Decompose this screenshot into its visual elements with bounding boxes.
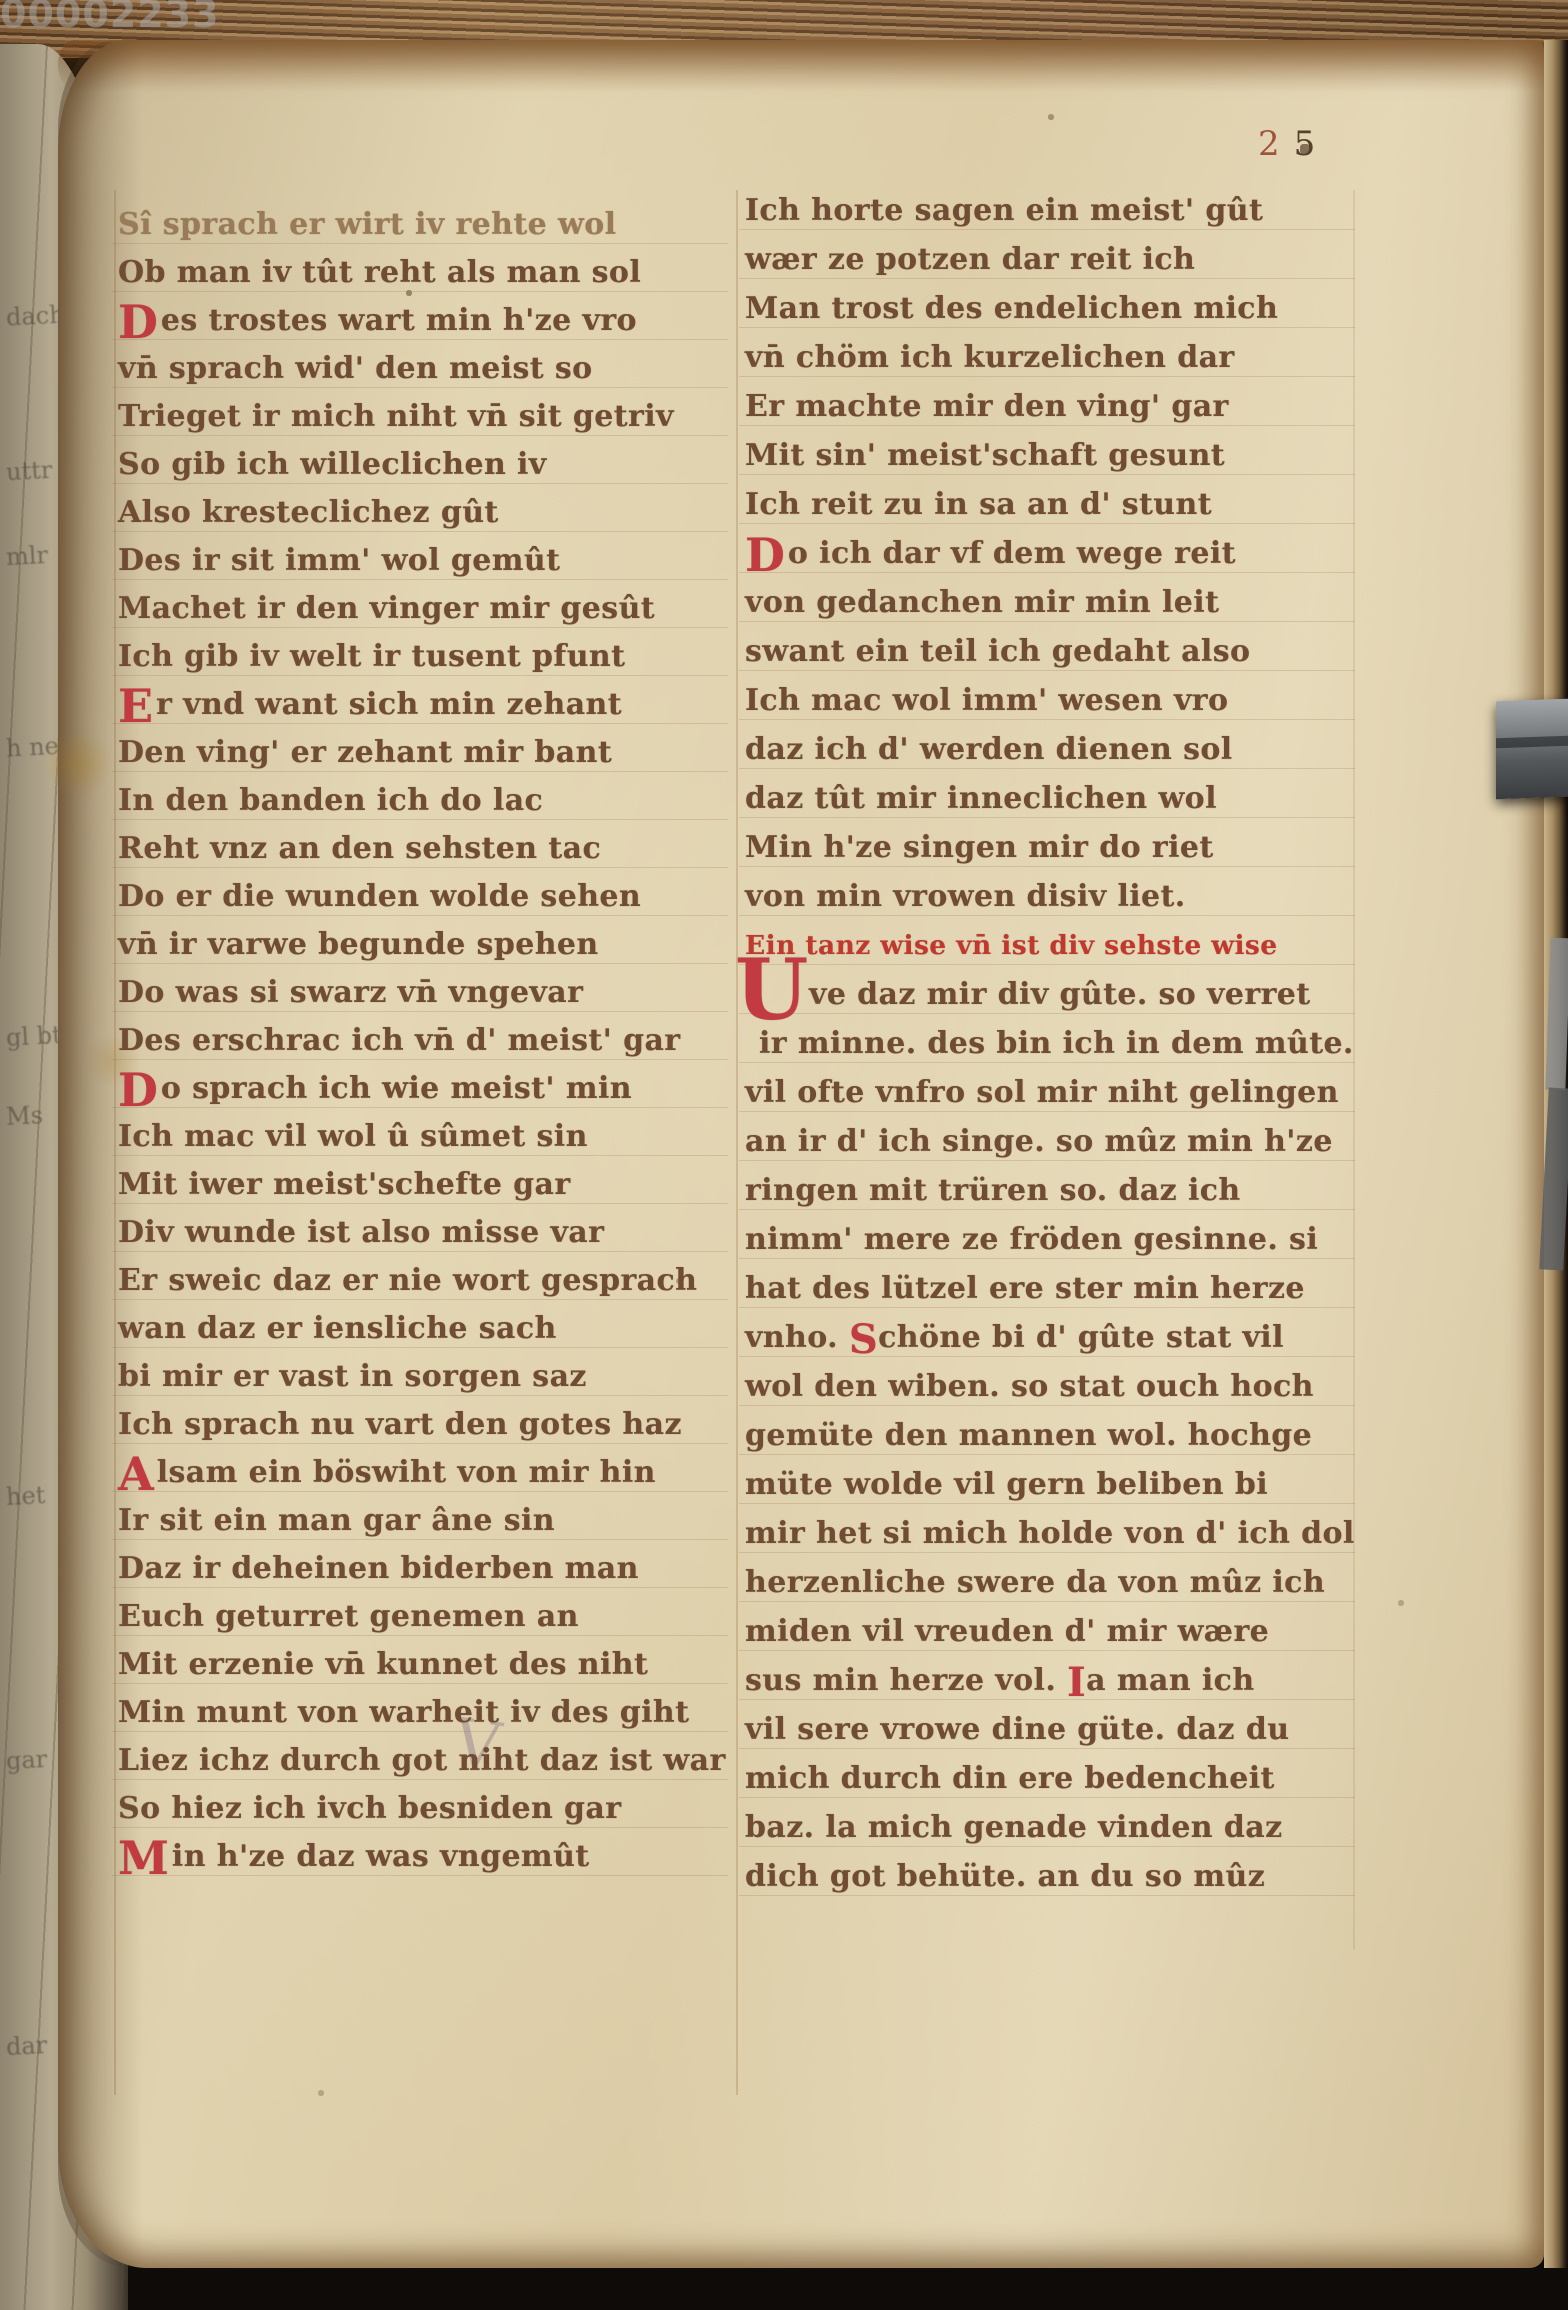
verse-text: Ich reit zu in sa an d' stunt: [745, 487, 1212, 522]
verse-line: daz tût mir inneclichen wol: [745, 774, 1355, 823]
verse-text: wan daz er iensliche sach: [118, 1311, 557, 1346]
verse-line: Ich mac wol imm' wesen vro: [745, 676, 1355, 725]
verse-text: vil ofte vnfro sol mir niht gelingen: [745, 1075, 1339, 1110]
verse-text: a man ich: [1086, 1663, 1254, 1698]
verse-text: o ich dar vf dem wege reit: [788, 536, 1236, 571]
verse-line: von min vrowen disiv liet.: [745, 872, 1355, 921]
verse-text: chöne bi d' gûte stat vil: [878, 1320, 1284, 1355]
manuscript-page: 25 Sî sprach er wirt iv rehte wolOb man …: [58, 40, 1544, 2268]
gutter-text-fragment: dar: [5, 2031, 48, 2061]
verse-text: Daz ir deheinen biderben man: [118, 1551, 639, 1586]
verse-text: Des erschrac ich vn̄ d' meist' gar: [118, 1023, 681, 1058]
verse-line: Liez ichz durch got niht daz ist war: [118, 1737, 726, 1785]
verse-line: Also kresteclichez gût: [118, 489, 726, 537]
verse-text: lsam ein böswiht von mir hin: [157, 1455, 656, 1490]
book-clasp: [1496, 699, 1568, 800]
verse-line: gemüte den mannen wol. hochge: [745, 1411, 1355, 1460]
verse-line: Ich sprach nu vart den gotes haz: [118, 1401, 726, 1449]
verse-line: wan daz er iensliche sach: [118, 1305, 726, 1353]
verse-text: vn̄ sprach wid' den meist so: [118, 351, 593, 386]
verse-text: ir minne. des bin ich in dem mûte.: [759, 1026, 1354, 1061]
verse-line: vil ofte vnfro sol mir niht gelingen: [745, 1068, 1355, 1117]
verse-text: Mit erzenie vn̄ kunnet des niht: [118, 1647, 648, 1682]
verse-text: swant ein teil ich gedaht also: [745, 634, 1250, 669]
verse-text: Ich mac vil wol û sûmet sin: [118, 1119, 588, 1154]
verse-text: mich durch din ere bedencheit: [745, 1761, 1275, 1796]
verse-line: Euch geturret genemen an: [118, 1593, 726, 1641]
manuscript-photo: dachuttr ghmlrh nestrrgl btrMshetgardar …: [0, 0, 1568, 2310]
verse-text: sus min herze vol.: [745, 1663, 1067, 1698]
verse-text: Do was si swarz vn̄ vngevar: [118, 975, 583, 1010]
page-number-digit: 2: [1258, 124, 1280, 164]
verse-line: bi mir er vast in sorgen saz: [118, 1353, 726, 1401]
verse-line: herzenliche swere da von mûz ich: [745, 1558, 1355, 1607]
page-number-digit: 5: [1294, 124, 1316, 164]
verse-line: Ob man iv tût reht als man sol: [118, 249, 726, 297]
verse-text: vn̄ ir varwe begunde spehen: [118, 927, 599, 962]
verse-line: nimm' mere ze fröden gesinne. si: [745, 1215, 1355, 1264]
text-column-right: Ich horte sagen ein meist' gûtwær ze pot…: [745, 186, 1355, 1901]
verse-text: ringen mit trüren so. daz ich: [745, 1173, 1241, 1208]
verse-line: wær ze potzen dar reit ich: [745, 235, 1355, 284]
verse-text: Trieget ir mich niht vn̄ sit getriv: [118, 399, 674, 434]
verse-line: Mit erzenie vn̄ kunnet des niht: [118, 1641, 726, 1689]
verse-text: von min vrowen disiv liet.: [745, 879, 1186, 914]
verse-text: Des ir sit imm' wol gemût: [118, 543, 560, 578]
verse-line: Alsam ein böswiht von mir hin: [118, 1449, 726, 1497]
verse-line: vn̄ chöm ich kurzelichen dar: [745, 333, 1355, 382]
illuminated-initial: U: [735, 968, 803, 1012]
verse-line: Reht vnz an den sehsten tac: [118, 825, 726, 873]
verse-text: Div wunde ist also misse var: [118, 1215, 604, 1250]
verse-line: Do er die wunden wolde sehen: [118, 873, 726, 921]
verse-line: So hiez ich ivch besniden gar: [118, 1785, 726, 1833]
verse-text: Euch geturret genemen an: [118, 1599, 579, 1634]
verse-line: Ir sit ein man gar âne sin: [118, 1497, 726, 1545]
verse-line: Ich mac vil wol û sûmet sin: [118, 1113, 726, 1161]
verse-text: Ich sprach nu vart den gotes haz: [118, 1407, 682, 1442]
verse-text: Ich mac wol imm' wesen vro: [745, 683, 1228, 718]
verse-text: Liez ichz durch got niht daz ist war: [118, 1743, 726, 1778]
verse-text: Ich horte sagen ein meist' gût: [745, 193, 1263, 228]
verse-line: Machet ir den vinger mir gesût: [118, 585, 726, 633]
verse-text: bi mir er vast in sorgen saz: [118, 1359, 587, 1394]
verse-text: Also kresteclichez gût: [118, 495, 499, 530]
verse-line: baz. la mich genade vinden daz: [745, 1803, 1355, 1852]
verse-line: Daz ir deheinen biderben man: [118, 1545, 726, 1593]
verse-text: Ob man iv tût reht als man sol: [118, 255, 641, 290]
verse-text: daz tût mir inneclichen wol: [745, 781, 1217, 816]
verse-text: wær ze potzen dar reit ich: [745, 242, 1195, 277]
illuminated-initial: E: [118, 679, 153, 733]
verse-line: Er sweic daz er nie wort gesprach: [118, 1257, 726, 1305]
verse-line: swant ein teil ich gedaht also: [745, 627, 1355, 676]
verse-text: vn̄ chöm ich kurzelichen dar: [745, 340, 1235, 375]
verse-text: hat des lützel ere ster min herze: [745, 1271, 1305, 1306]
verse-text: Er machte mir den ving' gar: [745, 389, 1229, 424]
verse-text: herzenliche swere da von mûz ich: [745, 1565, 1325, 1600]
verse-line: wol den wiben. so stat ouch hoch: [745, 1362, 1355, 1411]
parchment-stain: [40, 732, 116, 796]
verse-text: o sprach ich wie meist' min: [161, 1071, 632, 1106]
verse-line: von gedanchen mir min leit: [745, 578, 1355, 627]
ruling-line-vertical: [736, 190, 738, 2095]
verse-line: müte wolde vil gern beliben bi: [745, 1460, 1355, 1509]
verse-line: So gib ich willeclichen iv: [118, 441, 726, 489]
verse-text: r vnd want sich min zehant: [156, 687, 622, 722]
verse-text: ve daz mir div gûte. so verret: [809, 977, 1311, 1012]
verse-line: Min munt von warheit iv des giht: [118, 1689, 726, 1737]
verse-line: Den ving' er zehant mir bant: [118, 729, 726, 777]
rubric-line: Ein tanz wise vn̄ ist div sehste wise: [745, 921, 1355, 970]
verse-line: mir het si mich holde von d' ich dol: [745, 1509, 1355, 1558]
verse-line: ringen mit trüren so. daz ich: [745, 1166, 1355, 1215]
verse-line: Mit iwer meist'schefte gar: [118, 1161, 726, 1209]
verse-line: In den banden ich do lac: [118, 777, 726, 825]
verse-line: Ich gib iv welt ir tusent pfunt: [118, 633, 726, 681]
verse-text: Min h'ze singen mir do riet: [745, 830, 1214, 865]
verse-text: Ich gib iv welt ir tusent pfunt: [118, 639, 625, 674]
verse-line: daz ich d' werden dienen sol: [745, 725, 1355, 774]
verse-line: Des ir sit imm' wol gemût: [118, 537, 726, 585]
gutter-text-fragment: gar: [5, 1745, 48, 1775]
verse-text: Man trost des endelichen mich: [745, 291, 1278, 326]
illuminated-initial: M: [118, 1831, 169, 1885]
verse-text: Ir sit ein man gar âne sin: [118, 1503, 555, 1538]
verse-line: dich got behüte. an du so mûz: [745, 1852, 1355, 1901]
verse-text: gemüte den mannen wol. hochge: [745, 1418, 1312, 1453]
verse-line: Er vnd want sich min zehant: [118, 681, 726, 729]
gutter-text-fragment: mlr: [5, 541, 48, 571]
verse-text: S: [849, 1316, 878, 1363]
verse-text: baz. la mich genade vinden daz: [745, 1810, 1283, 1845]
verse-line: vn̄ ir varwe begunde spehen: [118, 921, 726, 969]
verse-text: Mit iwer meist'schefte gar: [118, 1167, 571, 1202]
verse-text: Machet ir den vinger mir gesût: [118, 591, 655, 626]
verse-text: mir het si mich holde von d' ich dol: [745, 1516, 1355, 1551]
verse-line: Er machte mir den ving' gar: [745, 382, 1355, 431]
ruling-line-vertical: [114, 190, 116, 2095]
text-column-left: Sî sprach er wirt iv rehte wolOb man iv …: [118, 201, 726, 1881]
verse-line: vil sere vrowe dine güte. daz du: [745, 1705, 1355, 1754]
verse-line: Sî sprach er wirt iv rehte wol: [118, 201, 726, 249]
verse-text: Den ving' er zehant mir bant: [118, 735, 612, 770]
verse-text: Er sweic daz er nie wort gesprach: [118, 1263, 697, 1298]
illuminated-initial: D: [118, 1063, 158, 1117]
verse-line: Do was si swarz vn̄ vngevar: [118, 969, 726, 1017]
verse-text: von gedanchen mir min leit: [745, 585, 1219, 620]
verse-text: Mit sin' meist'schaft gesunt: [745, 438, 1225, 473]
illuminated-initial: D: [118, 295, 158, 349]
verse-line: vnho. Schöne bi d' gûte stat vil: [745, 1313, 1355, 1362]
parchment-speckles: [58, 40, 60, 42]
verse-text: In den banden ich do lac: [118, 783, 543, 818]
verse-text: vnho.: [745, 1320, 849, 1355]
verse-text: wol den wiben. so stat ouch hoch: [745, 1369, 1314, 1404]
verse-text: nimm' mere ze fröden gesinne. si: [745, 1222, 1318, 1257]
verse-line: Ich horte sagen ein meist' gût: [745, 186, 1355, 235]
verse-line: an ir d' ich singe. so mûz min h'ze: [745, 1117, 1355, 1166]
verse-text: Ein tanz wise vn̄ ist div sehste wise: [745, 930, 1278, 961]
verse-line: mich durch din ere bedencheit: [745, 1754, 1355, 1803]
page-number: 25: [1258, 124, 1315, 164]
gutter-text-fragment: Ms: [5, 1101, 43, 1131]
verse-line: ir minne. des bin ich in dem mûte.: [745, 1019, 1355, 1068]
verse-text: I: [1067, 1659, 1086, 1706]
gutter-text-fragment: het: [5, 1481, 46, 1511]
verse-line: Ich reit zu in sa an d' stunt: [745, 480, 1355, 529]
verse-line: Min h'ze singen mir do riet: [745, 823, 1355, 872]
verse-line: Do ich dar vf dem wege reit: [745, 529, 1355, 578]
verse-line: Des erschrac ich vn̄ d' meist' gar: [118, 1017, 726, 1065]
verse-line: hat des lützel ere ster min herze: [745, 1264, 1355, 1313]
verse-text: daz ich d' werden dienen sol: [745, 732, 1233, 767]
verse-line: Des trostes wart min h'ze vro: [118, 297, 726, 345]
verse-line: sus min herze vol. Ia man ich: [745, 1656, 1355, 1705]
verse-text: es trostes wart min h'ze vro: [161, 303, 637, 338]
verse-text: an ir d' ich singe. so mûz min h'ze: [745, 1124, 1333, 1159]
verse-line: miden vil vreuden d' mir wære: [745, 1607, 1355, 1656]
verse-line: vn̄ sprach wid' den meist so: [118, 345, 726, 393]
verse-text: müte wolde vil gern beliben bi: [745, 1467, 1268, 1502]
archive-watermark: 00002233: [0, 0, 220, 36]
verse-line: Mit sin' meist'schaft gesunt: [745, 431, 1355, 480]
verse-text: Min munt von warheit iv des giht: [118, 1695, 689, 1730]
verse-text: Do er die wunden wolde sehen: [118, 879, 641, 914]
verse-line: Div wunde ist also misse var: [118, 1209, 726, 1257]
verse-text: in h'ze daz was vngemût: [172, 1839, 590, 1874]
verse-text: dich got behüte. an du so mûz: [745, 1859, 1265, 1894]
verse-text: So gib ich willeclichen iv: [118, 447, 547, 482]
gutter-text-fragment: dach: [5, 300, 65, 331]
verse-line: Uve daz mir div gûte. so verret: [745, 970, 1355, 1019]
verse-text: vil sere vrowe dine güte. daz du: [745, 1712, 1289, 1747]
verse-text: Reht vnz an den sehsten tac: [118, 831, 601, 866]
verse-text: So hiez ich ivch besniden gar: [118, 1791, 621, 1826]
illuminated-initial: A: [118, 1447, 154, 1501]
verse-line: Min h'ze daz was vngemût: [118, 1833, 726, 1881]
verse-line: Trieget ir mich niht vn̄ sit getriv: [118, 393, 726, 441]
verse-line: Man trost des endelichen mich: [745, 284, 1355, 333]
illuminated-initial: D: [745, 528, 785, 582]
verse-text: Sî sprach er wirt iv rehte wol: [118, 207, 616, 242]
verse-line: Do sprach ich wie meist' min: [118, 1065, 726, 1113]
verse-text: miden vil vreuden d' mir wære: [745, 1614, 1269, 1649]
